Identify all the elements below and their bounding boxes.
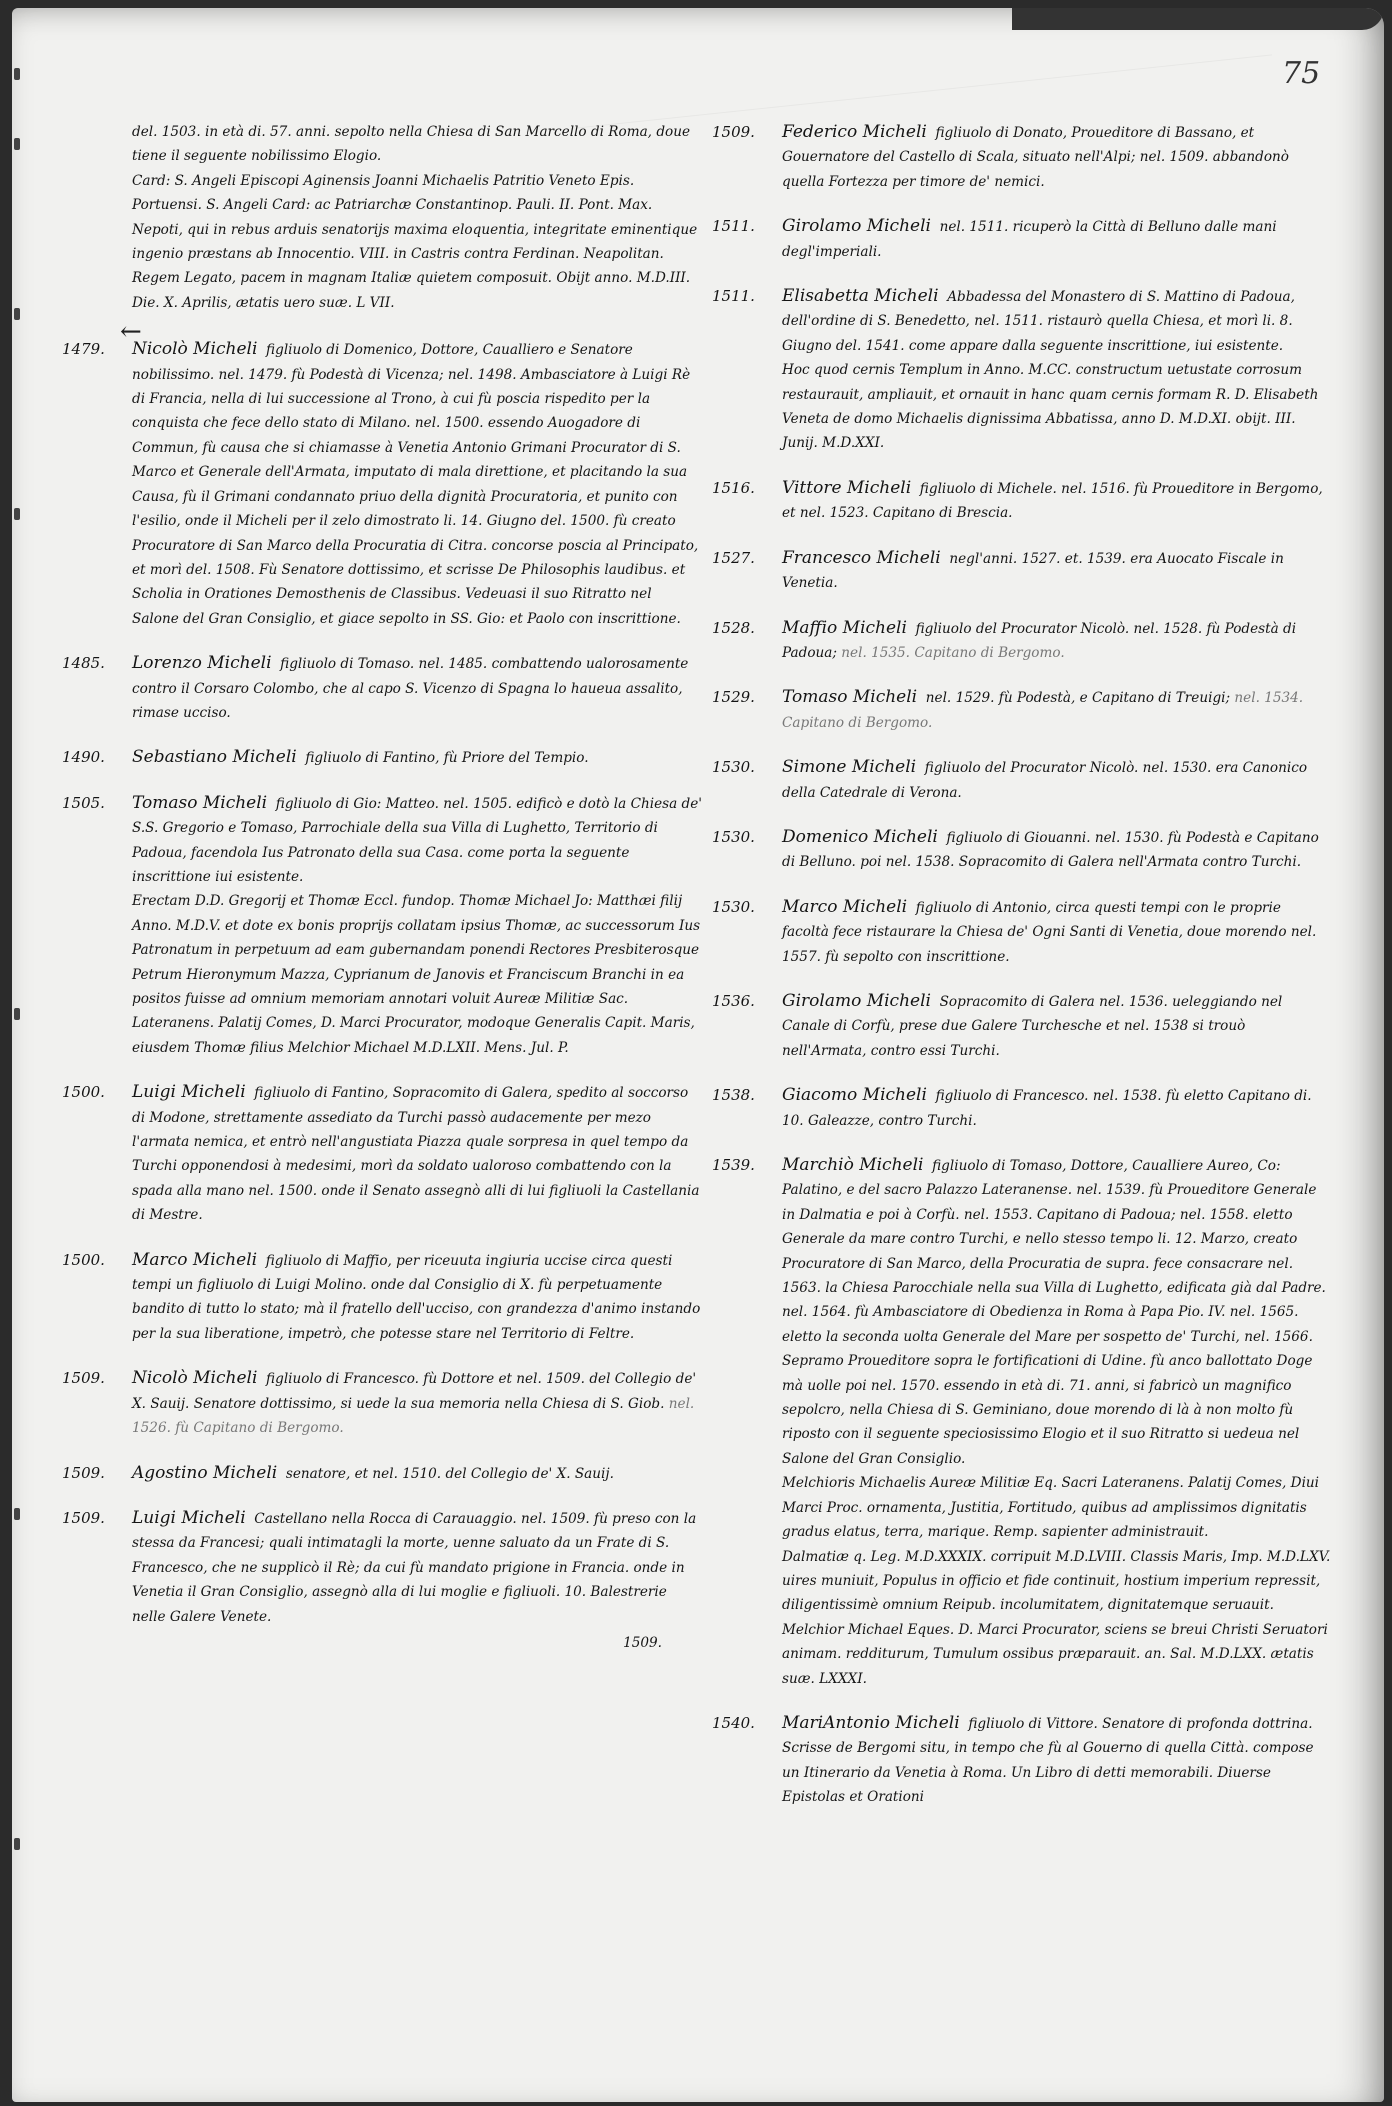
list-item: 1509. Federico Micheli figliuolo di Dona…: [712, 120, 1332, 194]
list-item: 1509. Nicolò Micheli figliuolo di France…: [62, 1366, 702, 1440]
paper-fold-line: [572, 8, 1272, 129]
list-item: 1527. Francesco Micheli negl'anni. 1527.…: [712, 546, 1332, 596]
entry-text: Abbadessa del Monastero di S. Mattino di…: [782, 289, 1323, 451]
entry-year: 1509.: [712, 120, 780, 144]
entry-year: 1530.: [712, 895, 780, 919]
list-item: 1530. Marco Micheli figliuolo di Antonio…: [712, 895, 1332, 969]
entry-name: Girolamo Micheli: [782, 216, 931, 236]
entry-name: Tomaso Micheli: [132, 793, 267, 813]
entry-name: Luigi Micheli: [132, 1082, 246, 1102]
list-item: 1536. Girolamo Micheli Sopracomito di Ga…: [712, 989, 1332, 1063]
list-item: 1509. Agostino Micheli senatore, et nel.…: [62, 1461, 702, 1486]
entry-text: figliuolo di Gio: Matteo. nel. 1505. edi…: [132, 796, 706, 1056]
entry-year: 1529.: [712, 685, 780, 709]
continued-entry-text: del. 1503. in età di. 57. anni. sepolto …: [62, 120, 702, 315]
entry-name: Domenico Micheli: [782, 827, 938, 847]
entry-name: Nicolò Micheli: [132, 339, 257, 359]
list-item: 1529. Tomaso Micheli nel. 1529. fù Podes…: [712, 685, 1332, 735]
entry-year: 1516.: [712, 476, 780, 500]
entry-year: 1528.: [712, 616, 780, 640]
entry-year: 1527.: [712, 546, 780, 570]
right-column: 1509. Federico Micheli figliuolo di Dona…: [712, 120, 1332, 1830]
binding-edge: [12, 8, 26, 2102]
entry-addendum: nel. 1535. Capitano di Bergomo.: [841, 645, 1064, 661]
entry-text: figliuolo di Tomaso, Dottore, Caualliere…: [782, 1158, 1335, 1687]
entry-text: figliuolo di Fantino, fù Priore del Temp…: [301, 750, 589, 766]
entry-name: Maffio Micheli: [782, 618, 907, 638]
entry-name: Giacomo Micheli: [782, 1085, 927, 1105]
list-item: 1530. Domenico Micheli figliuolo di Giou…: [712, 825, 1332, 875]
list-item: 1538. Giacomo Micheli figliuolo di Franc…: [712, 1083, 1332, 1133]
list-item: 1500. Marco Micheli figliuolo di Maffio,…: [62, 1248, 702, 1347]
entry-name: Nicolò Micheli: [132, 1368, 257, 1388]
entry-text: figliuolo di Domenico, Dottore, Cauallie…: [132, 342, 703, 626]
entry-name: Girolamo Micheli: [782, 991, 931, 1011]
entry-name: Sebastiano Micheli: [132, 747, 297, 767]
entry-year: 1500.: [62, 1080, 130, 1104]
entry-name: Vittore Micheli: [782, 478, 911, 498]
entry-name: Tomaso Micheli: [782, 687, 917, 707]
entry-name: Luigi Micheli: [132, 1508, 246, 1528]
list-item: 1509. Luigi Micheli Castellano nella Roc…: [62, 1506, 702, 1629]
entry-name: Francesco Micheli: [782, 548, 941, 568]
entry-year: 1505.: [62, 791, 130, 815]
entry-name: Marco Micheli: [132, 1250, 257, 1270]
page-number: 75: [1282, 56, 1320, 91]
entry-year: 1538.: [712, 1083, 780, 1107]
entry-text: senatore, et nel. 1510. del Collegio de'…: [282, 1466, 614, 1482]
footer-year: 1509.: [62, 1631, 702, 1655]
entry-text: figliuolo di Fantino, Sopracomito di Gal…: [132, 1085, 704, 1223]
list-item: 1490. Sebastiano Micheli figliuolo di Fa…: [62, 745, 702, 770]
entry-year: 1479.: [62, 337, 130, 361]
entry-year: 1509.: [62, 1506, 130, 1530]
entry-year: 1500.: [62, 1248, 130, 1272]
entry-name: Lorenzo Micheli: [132, 653, 272, 673]
entry-name: Elisabetta Micheli: [782, 286, 939, 306]
entry-year: 1539.: [712, 1153, 780, 1177]
entry-name: Marchiò Micheli: [782, 1155, 923, 1175]
list-item: 1511. Girolamo Micheli nel. 1511. ricupe…: [712, 214, 1332, 264]
entry-year: 1509.: [62, 1366, 130, 1390]
list-item: 1516. Vittore Micheli figliuolo di Miche…: [712, 476, 1332, 526]
entry-name: Federico Micheli: [782, 122, 927, 142]
list-item: 1500. Luigi Micheli figliuolo di Fantino…: [62, 1080, 702, 1227]
list-item: 1539. Marchiò Micheli figliuolo di Tomas…: [712, 1153, 1332, 1691]
entry-year: 1509.: [62, 1461, 130, 1485]
list-item: 1505. Tomaso Micheli figliuolo di Gio: M…: [62, 791, 702, 1060]
list-item: 1528. Maffio Micheli figliuolo del Procu…: [712, 616, 1332, 666]
entry-year: 1530.: [712, 825, 780, 849]
entry-name: Agostino Micheli: [132, 1463, 277, 1483]
list-item: 1540. MariAntonio Micheli figliuolo di V…: [712, 1711, 1332, 1810]
left-column: del. 1503. in età di. 57. anni. sepolto …: [62, 120, 702, 1655]
list-item: 1530. Simone Micheli figliuolo del Procu…: [712, 755, 1332, 805]
entry-year: 1540.: [712, 1711, 780, 1735]
manuscript-page: 75 del. 1503. in età di. 57. anni. sepol…: [12, 8, 1384, 2102]
entry-year: 1490.: [62, 745, 130, 769]
entry-year: 1485.: [62, 651, 130, 675]
list-item: 1479. Nicolò Micheli figliuolo di Domeni…: [62, 337, 702, 631]
entry-year: 1536.: [712, 989, 780, 1013]
entry-text: nel. 1529. fù Podestà, e Capitano di Tre…: [921, 690, 1230, 706]
list-item: 1485. Lorenzo Micheli figliuolo di Tomas…: [62, 651, 702, 725]
entry-name: Marco Micheli: [782, 897, 907, 917]
entry-year: 1511.: [712, 214, 780, 238]
entry-name: Simone Micheli: [782, 757, 916, 777]
entry-name: MariAntonio Micheli: [782, 1713, 960, 1733]
list-item: 1511. Elisabetta Micheli Abbadessa del M…: [712, 284, 1332, 456]
entry-year: 1511.: [712, 284, 780, 308]
entry-year: 1530.: [712, 755, 780, 779]
